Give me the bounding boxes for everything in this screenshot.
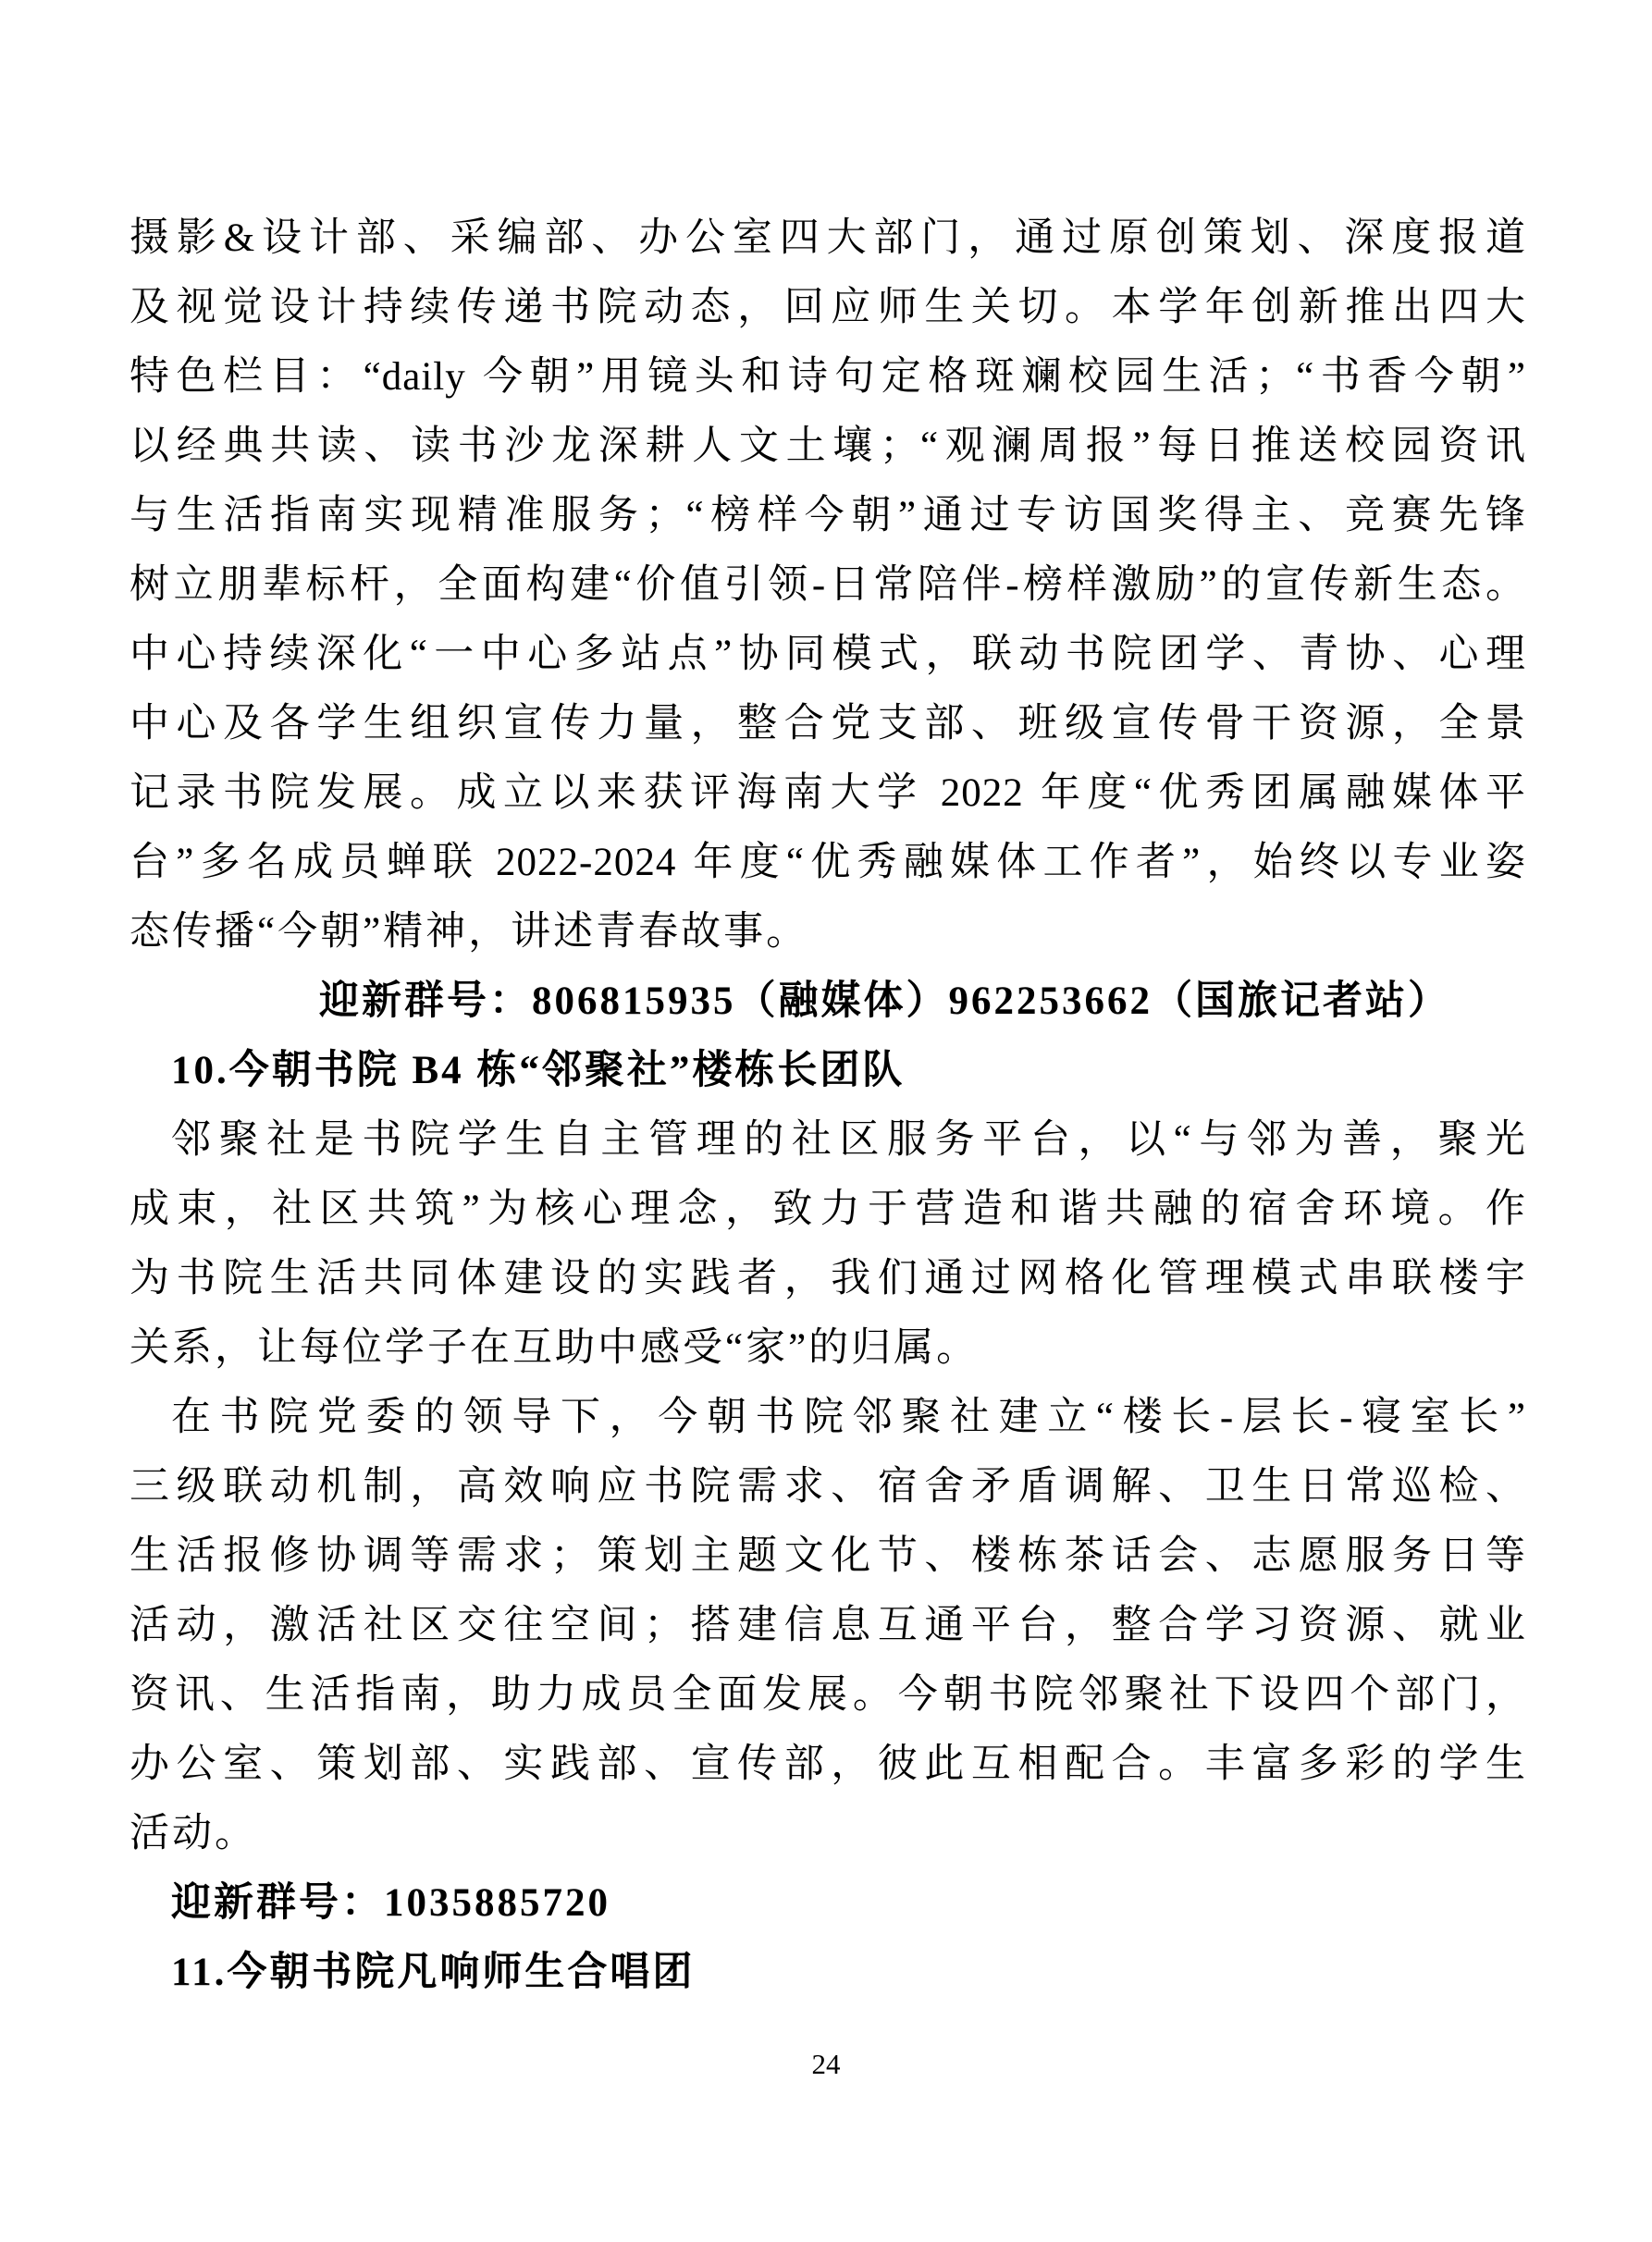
paragraph-line: 三级联动机制，高效响应书院需求、宿舍矛盾调解、卫生日常巡检、	[129, 1452, 1526, 1521]
paragraph-line: 摄影&设计部、采编部、办公室四大部门，通过原创策划、深度报道	[129, 203, 1526, 273]
paragraph-line: 活动。	[129, 1799, 1526, 1868]
paragraph-line: 为书院生活共同体建设的实践者，我们通过网格化管理模式串联楼宇	[129, 1244, 1526, 1313]
qq-group-number-line: 迎新群号：1035885720	[129, 1868, 1526, 1938]
section-heading-10: 10.今朝书院 B4 栋“邻聚社”楼栋长团队	[129, 1036, 1526, 1105]
paragraph-line: 邻聚社是书院学生自主管理的社区服务平台，以“与邻为善，聚光	[129, 1105, 1526, 1175]
paragraph-line: 台”多名成员蝉联 2022-2024 年度“优秀融媒体工作者”，始终以专业姿	[129, 828, 1526, 897]
paragraph-line: 成束，社区共筑”为核心理念，致力于营造和谐共融的宿舍环境。作	[129, 1175, 1526, 1244]
document-page: 摄影&设计部、采编部、办公室四大部门，通过原创策划、深度报道 及视觉设计持续传递…	[0, 0, 1652, 2242]
paragraph-line: 以经典共读、读书沙龙深耕人文土壤；“观澜周报”每日推送校园资讯	[129, 412, 1526, 481]
text-block: 摄影&设计部、采编部、办公室四大部门，通过原创策划、深度报道 及视觉设计持续传递…	[129, 203, 1526, 2007]
paragraph-line: 在书院党委的领导下，今朝书院邻聚社建立“楼长-层长-寝室长”	[129, 1383, 1526, 1452]
paragraph-line: 关系，让每位学子在互助中感受“家”的归属。	[129, 1313, 1526, 1383]
page-number: 24	[0, 2046, 1652, 2083]
paragraph-line: 树立朋辈标杆，全面构建“价值引领-日常陪伴-榜样激励”的宣传新生态。	[129, 550, 1526, 620]
paragraph-line: 特色栏目：“daily 今朝”用镜头和诗句定格斑斓校园生活；“书香今朝”	[129, 342, 1526, 412]
paragraph-line: 及视觉设计持续传递书院动态，回应师生关切。本学年创新推出四大	[129, 273, 1526, 342]
qq-group-number-line: 迎新群号：806815935（融媒体）962253662（国旅记者站）	[129, 967, 1526, 1036]
paragraph-line: 记录书院发展。成立以来获评海南大学 2022 年度“优秀团属融媒体平	[129, 758, 1526, 828]
paragraph-line: 资讯、生活指南，助力成员全面发展。今朝书院邻聚社下设四个部门，	[129, 1660, 1526, 1730]
paragraph-line: 态传播“今朝”精神，讲述青春故事。	[129, 897, 1526, 967]
paragraph-line: 办公室、策划部、实践部、宣传部，彼此互相配合。丰富多彩的学生	[129, 1730, 1526, 1799]
section-heading-11: 11.今朝书院凡响师生合唱团	[129, 1938, 1526, 2007]
paragraph-line: 中心及各学生组织宣传力量，整合党支部、班级宣传骨干资源，全景	[129, 689, 1526, 758]
paragraph-line: 与生活指南实现精准服务；“榜样今朝”通过专访国奖得主、竞赛先锋	[129, 481, 1526, 550]
paragraph-line: 生活报修协调等需求；策划主题文化节、楼栋茶话会、志愿服务日等	[129, 1521, 1526, 1591]
paragraph-line: 中心持续深化“一中心多站点”协同模式，联动书院团学、青协、心理	[129, 620, 1526, 689]
paragraph-line: 活动，激活社区交往空间；搭建信息互通平台，整合学习资源、就业	[129, 1591, 1526, 1660]
